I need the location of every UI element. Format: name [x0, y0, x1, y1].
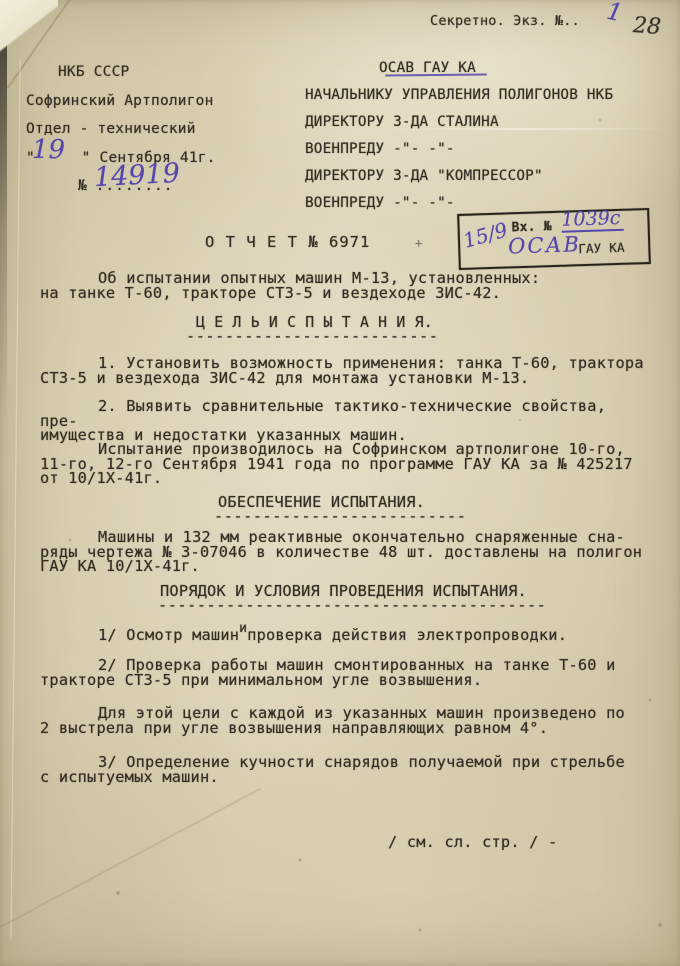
stamp-org-printed: ГАУ КА — [578, 240, 625, 256]
typed-mark: + — [415, 236, 422, 250]
list-item-function-check: 2/ Проверка работы машин смонтированных … — [40, 658, 652, 687]
document-page: Секретно. Экз. №.. 1 28 НКБ СССР Софринс… — [0, 0, 680, 966]
paper-crease — [9, 60, 21, 940]
number-value-handwritten: 14919 — [93, 160, 180, 193]
paragraph-elevation-note: Для этой цели с каждой из указанных маши… — [40, 706, 652, 735]
incoming-stamp: 15/9 Вх. № 1039с ОСАВ ГАУ КА — [457, 208, 651, 270]
recipient-line: НАЧАЛЬНИКУ УПРАВЛЕНИЯ ПОЛИГОНОВ НКБ — [305, 82, 645, 109]
sender-block: НКБ СССР Софринский Артполигон Отдел - т… — [26, 58, 286, 201]
recipients-block: ОСАВ ГАУ КА НАЧАЛЬНИКУ УПРАВЛЕНИЯ ПОЛИГО… — [305, 55, 645, 217]
recipient-org: ОСАВ ГАУ КА — [305, 55, 645, 82]
paragraph-goal-1: 1. Установить возможность применения: та… — [40, 356, 652, 385]
handwritten-underline — [385, 73, 487, 76]
page-number: 28 — [632, 13, 662, 40]
list-item-inspection: 1/ Осмотр машинипроверка действия электр… — [40, 628, 652, 645]
paper-crease — [0, 788, 261, 945]
paragraph-supply: Машины и 132 мм реактивные окончательно … — [40, 530, 652, 574]
paragraph-test-dates: Испытание производилось на Софринском ар… — [40, 442, 652, 486]
recipient-line: ДИРЕКТОРУ З-ДА "КОМПРЕССОР" — [305, 163, 645, 190]
sender-number-line: № ........ 14919 — [26, 172, 286, 201]
stamp-org-handwritten: ОСАВ — [508, 232, 581, 258]
sender-org-line2: Софринский Артполигон — [26, 87, 286, 116]
inserted-correction: и — [239, 621, 247, 636]
secrecy-label: Секретно. Экз. №.. — [430, 13, 580, 29]
number-sign: № — [78, 178, 87, 194]
heading-dashed-underline: ---------------------------------------- — [158, 596, 546, 614]
date-day-handwritten: 19 — [32, 136, 65, 165]
list-item-accuracy: 3/ Определение кучности снарядов получае… — [40, 755, 652, 784]
heading-dashed-underline: -------------------------- — [186, 327, 438, 345]
stamp-incoming-number-handwritten: 1039с — [561, 207, 624, 233]
report-title: О Т Ч Е Т № 6971 — [205, 233, 370, 251]
copy-number-handwritten: 1 — [604, 0, 625, 27]
list-item-text: 1/ Осмотр машин — [98, 626, 239, 644]
list-item-text: проверка действия электропроводки. — [247, 626, 567, 644]
stamp-date-handwritten: 15/9 — [460, 217, 510, 252]
paragraph-goal-2: 2. Выявить сравнительные тактико-техниче… — [40, 399, 652, 443]
recipient-line: ДИРЕКТОРУ З-ДА СТАЛИНА — [305, 109, 645, 136]
subject-paragraph: Об испытании опытных машин М-13, установ… — [40, 271, 652, 300]
continuation-note: / см. сл. стр. / - — [388, 833, 557, 851]
sender-org-line1: НКБ СССР — [26, 58, 286, 87]
recipient-line: ВОЕНПРЕДУ -"- -"- — [305, 136, 645, 163]
heading-dashed-underline: -------------------------- — [214, 507, 466, 525]
